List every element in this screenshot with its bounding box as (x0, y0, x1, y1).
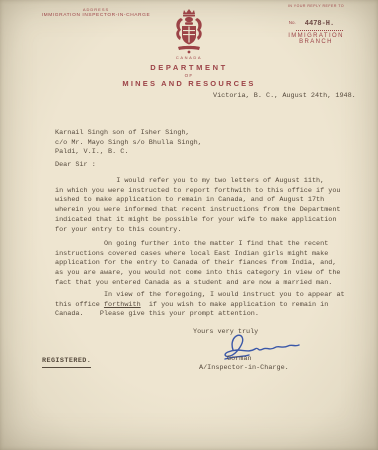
dateline: Victoria, B. C., August 24th, 1948. (213, 92, 356, 102)
letterhead-file-reference: IN YOUR REPLY REFER TO No.4478-H. IMMIGR… (262, 4, 370, 45)
crest-container (172, 8, 206, 59)
department-line1: DEPARTMENT (0, 63, 378, 72)
branch-line2: BRANCH (262, 39, 370, 45)
signer-title: A/Inspector-in-Charge. (199, 364, 289, 374)
department-line3: MINES AND RESOURCES (0, 79, 378, 88)
file-number-label: No. (289, 20, 296, 25)
canada-coat-of-arms-icon (172, 8, 206, 54)
body-paragraph-3: In view of the foregoing, I would instru… (55, 291, 355, 320)
recipient-address: Karnail Singh son of Isher Singh, c/o Mr… (55, 129, 202, 158)
para3-underlined-word: forthwith (104, 301, 141, 309)
file-number-line: No.4478-H. (262, 12, 370, 31)
return-address-line1: ADDRESS (26, 7, 166, 12)
reply-note: IN YOUR REPLY REFER TO (262, 4, 370, 8)
registered-stamp: REGISTERED. (42, 357, 91, 368)
salutation: Dear Sir : (55, 161, 96, 171)
department-line2: OF (0, 73, 378, 78)
file-number-value: 4478-H. (305, 20, 334, 28)
return-address-line2: IMMIGRATION INSPECTOR-IN-CHARGE (26, 13, 166, 18)
letterhead-return-address: ADDRESS IMMIGRATION INSPECTOR-IN-CHARGE (26, 7, 166, 18)
crest-caption: CANADA (0, 55, 378, 60)
body-paragraph-2: On going further into the matter I find … (55, 240, 355, 289)
letter-scan: ADDRESS IMMIGRATION INSPECTOR-IN-CHARGE (0, 0, 378, 450)
body-paragraph-1: I would refer you to my two letters of A… (55, 177, 355, 235)
